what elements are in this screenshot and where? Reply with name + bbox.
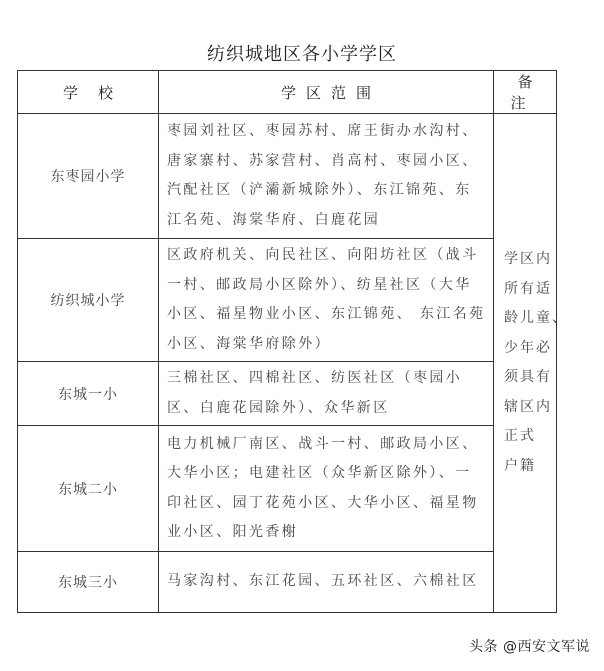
table-header-row: 学校 学区范围 备注 — [18, 71, 557, 114]
note-line: 少年必 — [504, 334, 556, 364]
header-school: 学校 — [18, 71, 159, 114]
table-row: 纺织城小学 区政府机关、向民社区、向阳坊社区（战斗一村、邮政局小区除外）、纺星社… — [18, 239, 557, 362]
source-watermark: 头条 @西安文军说 — [469, 636, 590, 656]
district-range: 枣园刘社区、枣园苏村、席王街办水沟村、唐家寨村、苏家营村、肖高村、枣园小区、汽配… — [159, 114, 494, 239]
table-row: 东枣园小学 枣园刘社区、枣园苏村、席王街办水沟村、唐家寨村、苏家营村、肖高村、枣… — [18, 114, 557, 239]
notes-cell: 学区内 所有适 龄儿童、 少年必 须具有 辖区内 正式 户籍 — [494, 114, 557, 613]
school-name: 东城二小 — [18, 426, 159, 552]
header-school-label: 学校 — [43, 84, 133, 102]
note-line: 学区内 — [504, 245, 556, 275]
note-line: 龄儿童、 — [504, 304, 556, 334]
document-title: 纺织城地区各小学学区 — [0, 40, 604, 66]
school-name: 东枣园小学 — [18, 114, 159, 239]
table-row: 东城三小 马家沟村、东江花园、五环社区、六棉社区 — [18, 552, 557, 613]
district-range: 电力机械厂南区、战斗一村、邮政局小区、大华小区；电建社区（众华新区除外）、一印社… — [159, 426, 494, 552]
header-notes-label: 备注 — [503, 73, 546, 112]
header-range: 学区范围 — [159, 71, 494, 114]
header-notes: 备注 — [494, 71, 557, 114]
table-row: 东城二小 电力机械厂南区、战斗一村、邮政局小区、大华小区；电建社区（众华新区除外… — [18, 426, 557, 552]
note-line: 正式 — [504, 422, 556, 452]
school-name: 纺织城小学 — [18, 239, 159, 362]
table-row: 东城一小 三棉社区、四棉社区、纺医社区（枣园小区、白鹿花园除外）、众华新区 — [18, 362, 557, 426]
note-line: 辖区内 — [504, 393, 556, 423]
district-range: 区政府机关、向民社区、向阳坊社区（战斗一村、邮政局小区除外）、纺星社区（大华小区… — [159, 239, 494, 362]
school-district-table: 学校 学区范围 备注 东枣园小学 枣园刘社区、枣园苏村、席王街办水沟村、唐家寨村… — [17, 70, 557, 613]
header-range-label: 学区范围 — [271, 84, 381, 102]
district-range: 马家沟村、东江花园、五环社区、六棉社区 — [159, 552, 494, 613]
note-line: 须具有 — [504, 363, 556, 393]
note-line: 所有适 — [504, 275, 556, 305]
note-line: 户籍 — [504, 452, 556, 482]
district-range: 三棉社区、四棉社区、纺医社区（枣园小区、白鹿花园除外）、众华新区 — [159, 362, 494, 426]
school-name: 东城三小 — [18, 552, 159, 613]
school-name: 东城一小 — [18, 362, 159, 426]
